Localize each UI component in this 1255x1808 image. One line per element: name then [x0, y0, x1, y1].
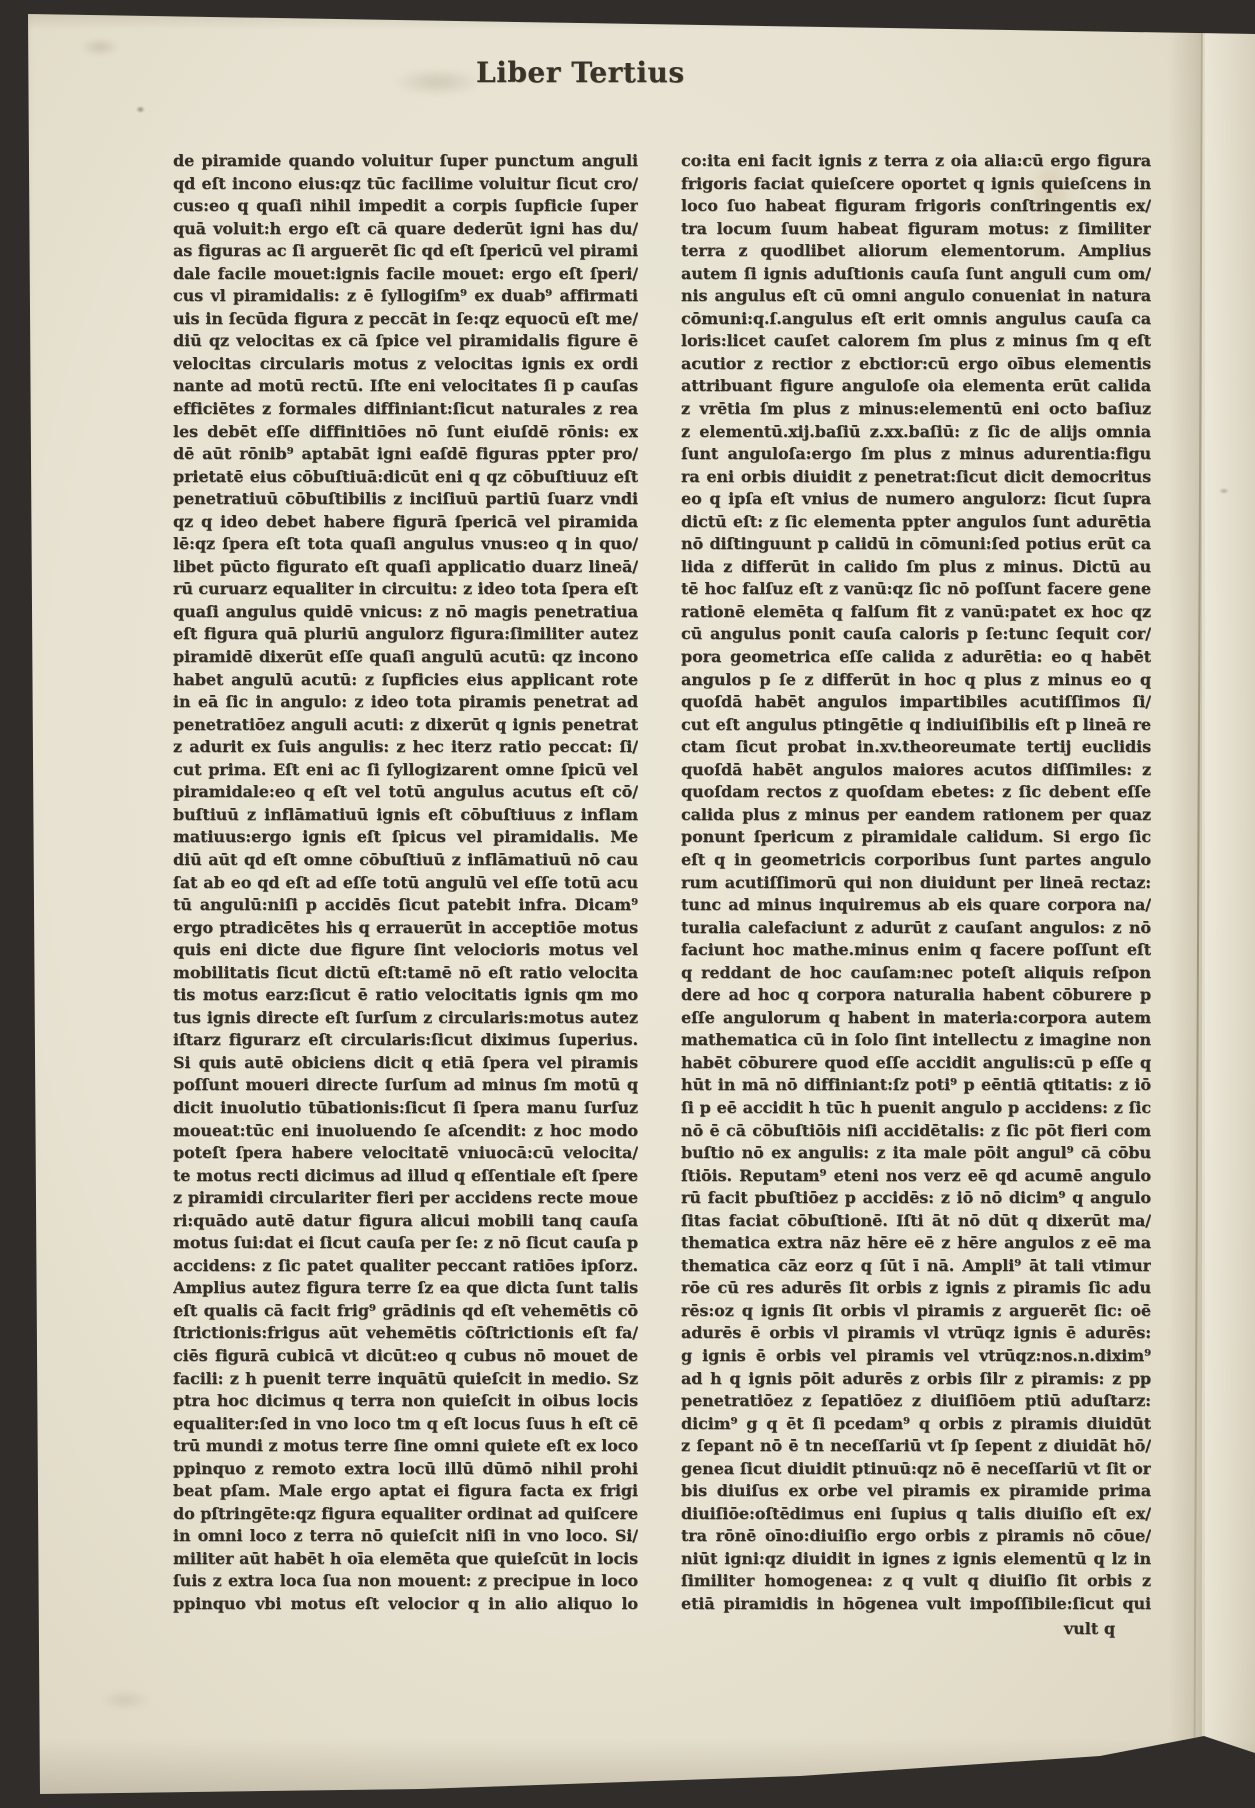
text-line: eſt figura quā pluriū angulorz figura:ſi… [173, 623, 638, 646]
text-line: diū qz velocitas ex cā ſpice vel piramid… [173, 330, 638, 353]
text-line: accidens: z ſic patet qualiter peccant r… [173, 1255, 638, 1278]
text-line: diuiſiōe:oſtēdimus eni ſupius q talis di… [681, 1503, 1151, 1526]
text-line: terra z quodlibet aliorum elementorum. A… [681, 240, 1151, 263]
text-line: ra eni orbis diuidit z penetrat:ſicut di… [681, 466, 1151, 489]
stain [1219, 488, 1229, 494]
text-line: rū facit pbuſtiōez p accidēs: z iō nō di… [681, 1187, 1151, 1210]
text-line: rationē elemēta q falſum fit z vanū:pate… [681, 601, 1151, 624]
text-line: ſi p eē accidit h tūc h puenit angulo p … [681, 1097, 1151, 1120]
text-line: ſunt anguloſa:ergo ſm plus z minus adure… [681, 443, 1151, 466]
text-line: eſt q in geometricis corporibus ſunt par… [681, 849, 1151, 872]
text-line: frigoris faciat quieſcere oportet q igni… [681, 173, 1151, 196]
text-line: tra rōnē oīno:diuiſio ergo orbis z piram… [681, 1525, 1151, 1548]
text-line: cus:eo q quaſi nihil impedit a corpis ſu… [173, 195, 638, 218]
text-line: attribuant figure anguloſe oia elementa … [681, 375, 1151, 398]
text-line: de piramide quando voluitur ſuper punctu… [173, 150, 638, 173]
text-line: matiuus:ergo ignis eſt ſpicus vel pirami… [173, 826, 638, 849]
text-line: equaliter:ſed in vno loco tm q eſt locus… [173, 1413, 638, 1436]
book-page: Liber Tertius de piramide quando voluitu… [0, 0, 1255, 1808]
text-line: poſſunt moueri directe ſurſum ad minus ſ… [173, 1074, 638, 1097]
text-line: quis eni dicte due figure ſint velociori… [173, 939, 638, 962]
adjacent-page-surface [1205, 0, 1255, 1808]
text-line: ppinquo vbi motus eſt velocior q in alio… [173, 1593, 638, 1616]
text-line: qd eſt incono eius:qz tūc facilime volui… [173, 173, 638, 196]
text-line: nis angulus eſt cū omni angulo conueniat… [681, 285, 1151, 308]
text-line: niūt igni:qz diuidit in ignes z ignis el… [681, 1548, 1151, 1571]
text-line: poteſt ſpera habere velocitatē vniuocā:c… [173, 1142, 638, 1165]
text-line: dale facile mouet:ignis facile mouet: er… [173, 263, 638, 286]
text-line: ſtrictionis:frigus aūt vehemētis cōſtric… [173, 1322, 638, 1345]
text-line: ſuis z extra loca ſua non mouent: z prec… [173, 1570, 638, 1593]
text-line: ri:quādo autē datur figura alicui mobili… [173, 1210, 638, 1233]
text-line: do pſtringēte:qz figura equaliter ordina… [173, 1503, 638, 1526]
text-line: Amplius autez figura terre ſz ea que dic… [173, 1277, 638, 1300]
running-title: Liber Tertius [476, 56, 736, 89]
text-line: mathematica cū in ſolo ſint intellectu z… [681, 1029, 1151, 1052]
text-line: habēt cōburere quod eſſe accidit angulis… [681, 1052, 1151, 1075]
text-line: qz q ideo debet habere figurā ſpericā ve… [173, 511, 638, 534]
text-line: acutior z rectior z ebctior:cū ergo oību… [681, 353, 1151, 376]
text-line: z ſepant nō ē tn neceſſariū vt ſp ſepent… [681, 1435, 1151, 1458]
catchword: vult q [681, 1618, 1115, 1641]
text-line: adurēs ē orbis vl piramis vl vtrūqz igni… [681, 1322, 1151, 1345]
text-line: tē hoc falſuz eſt z vanū:qz ſic nō poſſu… [681, 578, 1151, 601]
text-line: rōe cū res adurēs ſit orbis z ignis z pi… [681, 1277, 1151, 1300]
text-line: dictū eſt: z ſic elementa ppter angulos … [681, 511, 1151, 534]
text-line: lē:qz ſpera eſt tota quaſi angulus vnus:… [173, 533, 638, 556]
text-line: ponunt ſpericum z piramidale calidum. Si… [681, 826, 1151, 849]
text-line: dicim⁹ g q ēt ſi pcedam⁹ q orbis z piram… [681, 1413, 1151, 1436]
text-line: ciēs figurā cubicā vt dicūt:eo q cubus n… [173, 1345, 638, 1368]
text-line: te motus recti dicimus ad illud q eſſent… [173, 1165, 638, 1188]
text-line: faciunt hoc mathe.minus enim q facere po… [681, 939, 1151, 962]
text-line: quā voluit:h ergo eſt cā quare dederūt i… [173, 218, 638, 241]
text-line: pora geometrica eſſe calida z adurētia: … [681, 646, 1151, 669]
text-line: co:ita eni facit ignis z terra z oia ali… [681, 150, 1151, 173]
text-line: cus vl piramidalis: z ē ſyllogiſm⁹ ex du… [173, 285, 638, 308]
text-line: eſt qualis cā facit frig⁹ grādinis qd eſ… [173, 1300, 638, 1323]
text-line: tus ignis directe eſt ſurſum z circulari… [173, 1007, 638, 1030]
text-line: z elementū.xij.baſiū z.xx.baſiū: z ſic d… [681, 421, 1151, 444]
text-line: prietatē eius cōbuſtiuā:dicūt eni q qz c… [173, 466, 638, 489]
text-line: piramidē dixerūt eſſe quaſi angulū acutū… [173, 646, 638, 669]
stain [136, 106, 145, 113]
text-line: nante ad motū rectū. Iſte eni velocitate… [173, 375, 638, 398]
text-line: ad h q ignis pōit adurēs z orbis ſilr z … [681, 1368, 1151, 1391]
text-line: dē aūt rōnib⁹ aptabāt igni eaſdē figuras… [173, 443, 638, 466]
text-line: z vrētia ſm plus z minus:elementū eni oc… [681, 398, 1151, 421]
text-line: quoſdā habēt angulos maiores acutos diſſ… [681, 759, 1151, 782]
text-column-right: co:ita eni facit ignis z terra z oia ali… [681, 150, 1151, 1616]
text-line: ſat ab eo qd eſt ad eſſe totū angulū vel… [173, 872, 638, 895]
text-line: penetratiōez z ſepatiōez z diuiſiōem pti… [681, 1390, 1151, 1413]
text-line: ctam ſicut probat in.xv.theoreumate tert… [681, 736, 1151, 759]
text-line: angulos p ſe z differūt in hoc q plus z … [681, 669, 1151, 692]
text-line: bis diuiſus ex orbe vel piramis ex piram… [681, 1480, 1151, 1503]
text-line: facili: z h puenit terre inquātū quieſci… [173, 1368, 638, 1391]
text-line: libet pūcto figurato eſt quaſi applicati… [173, 556, 638, 579]
text-line: lida z differūt in calido ſm plus z minu… [681, 556, 1151, 579]
text-line: eſſe angulorum q habent in materia:corpo… [681, 1007, 1151, 1030]
text-line: g ignis ē orbis vel piramis vel vtrūqz:n… [681, 1345, 1151, 1368]
fold-crease [1194, 28, 1203, 1744]
text-line: les debēt eſſe diffinitiōes nō ſunt eiuſ… [173, 421, 638, 444]
text-line: diū aūt qd eſt omne cōbuſtiuū z inflāmat… [173, 849, 638, 872]
text-line: Si quis autē obiciens dicit q etiā ſpera… [173, 1052, 638, 1075]
text-line: militer aūt habēt h oīa elemēta que quie… [173, 1548, 638, 1571]
text-line: cut eſt angulus ptingētie q indiuiſibili… [681, 714, 1151, 737]
text-line: buſtiuū z inflāmatiuū ignis eſt cōbuſtiu… [173, 804, 638, 827]
text-line: quaſi angulus quidē vnicus: z nō magis p… [173, 601, 638, 624]
text-line: ſtiōis. Reputam⁹ eteni nos verz eē qd ac… [681, 1165, 1151, 1188]
text-line: dicit inuolutio tūbationis:ſicut ſi ſper… [173, 1097, 638, 1120]
text-line: penetratiuū cōbuſtibilis z inciſiuū part… [173, 488, 638, 511]
text-line: penetratiōez anguli acuti: z dixerūt q i… [173, 714, 638, 737]
text-line: rū curuarz equaliter in circuitu: z ideo… [173, 578, 638, 601]
text-line: in eā ſic in angulo: z ideo tota piramis… [173, 691, 638, 714]
text-line: habet angulū acutū: z ſupficies eius app… [173, 669, 638, 692]
text-line: calida plus z minus per eandem rationem … [681, 804, 1151, 827]
text-line: ppinquo z remoto extra locū illū dūmō ni… [173, 1458, 638, 1481]
book-photo: Liber Tertius de piramide quando voluitu… [0, 0, 1255, 1808]
text-line: tra locum ſuum habeat figuram motus: z ſ… [681, 218, 1151, 241]
text-line: moueat:tūc eni inuoluendo ſe aſcendit: z… [173, 1120, 638, 1143]
text-line: thematica cāz eorz q ſūt ī nā. Ampli⁹ āt… [681, 1255, 1151, 1278]
text-line: uis in ſecūda figura z peccāt in ſe:qz e… [173, 308, 638, 331]
text-line: mobilitatis ſicut dictū eſt:tamē nō eſt … [173, 962, 638, 985]
ink-ghost [392, 68, 482, 96]
text-line: q reddant de hoc cauſam:nec poteſt aliqu… [681, 962, 1151, 985]
text-line: efficiētes z formales diffiniant:ſicut n… [173, 398, 638, 421]
text-line: cōmuni:q.ſ.angulus eſt erit omnis angulu… [681, 308, 1151, 331]
text-line: as figuras ac ſi arguerēt ſic qd eſt ſpe… [173, 240, 638, 263]
text-column-left: de piramide quando voluitur ſuper punctu… [173, 150, 638, 1616]
text-line: nō ē cā cōbuſtiōis niſi accidētalis: z ſ… [681, 1120, 1151, 1143]
text-line: rēs:oz q ignis ſit orbis vl piramis z ar… [681, 1300, 1151, 1323]
text-line: buſtio nō ex angulis: z ita male pōit an… [681, 1142, 1151, 1165]
text-line: dere ad hoc q corpora naturalia habent c… [681, 984, 1151, 1007]
text-line: in omni loco z terra nō quieſcit niſi in… [173, 1525, 638, 1548]
stain [80, 38, 120, 56]
text-line: loco ſuo habeat figuram frigoris conſtri… [681, 195, 1151, 218]
text-line: quoſdam rectos z quoſdam ebetes: z ſic d… [681, 781, 1151, 804]
text-line: ſimiliter homogenea: z q vult q diuiſio … [681, 1570, 1151, 1593]
text-line: tunc ad minus inquiremus ab eis quare co… [681, 894, 1151, 917]
text-line: loris:licet cauſet calorem ſm plus z min… [681, 330, 1151, 353]
stain [100, 1690, 150, 1710]
text-line: iſtarz figurarz eſt circularis:ſicut dix… [173, 1029, 638, 1052]
text-line: ſitas faciat cōbuſtionē. Iſti āt nō dūt … [681, 1210, 1151, 1233]
text-line: cū angulus ponit cauſa caloris p ſe:tunc… [681, 623, 1151, 646]
text-line: piramidale:eo q eſt vel totū angulus acu… [173, 781, 638, 804]
text-line: beat pſam. Male ergo aptat ei figura fac… [173, 1480, 638, 1503]
text-line: quoſdā habēt angulos impartibiles acutiſ… [681, 691, 1151, 714]
text-line: ergo ptradicētes his q errauerūt in acce… [173, 917, 638, 940]
text-line: turalia calefaciunt z adurūt z cauſant a… [681, 917, 1151, 940]
text-line: nō diſtinguunt p calidū in cōmuni:ſed po… [681, 533, 1151, 556]
text-line: ptra hoc dicimus q terra non quieſcit in… [173, 1390, 638, 1413]
text-line: autem ſi ignis aduſtionis cauſa ſunt ang… [681, 263, 1151, 286]
text-line: z adurit ex ſuis angulis: z hec iterz ra… [173, 736, 638, 759]
text-line: tis motus earz:ſicut ē ratio velocitatis… [173, 984, 638, 1007]
text-line: velocitas circularis motus z velocitas i… [173, 353, 638, 376]
text-line: eo q ipſa eſt vnius de numero angulorz: … [681, 488, 1151, 511]
text-line: genea ſicut diuidit ptinuū:qz nō ē neceſ… [681, 1458, 1151, 1481]
text-line: motus ſui:dat ei ſicut cauſa per ſe: z n… [173, 1232, 638, 1255]
text-line: hūt in mā nō diffiniant:ſz poti⁹ p eēnti… [681, 1074, 1151, 1097]
text-line: tū angulū:niſi p accidēs ſicut patebit i… [173, 894, 638, 917]
text-line: rum acutiſſimorū qui non diuidunt per li… [681, 872, 1151, 895]
text-line: z piramidi circulariter fieri per accide… [173, 1187, 638, 1210]
text-line: trū mundi z motus terre ſine omni quiete… [173, 1435, 638, 1458]
text-line: cut prima. Eſt eni ac ſi ſyllogizarent o… [173, 759, 638, 782]
text-line: etiā piramidis in hōgenea vult impoſſibi… [681, 1593, 1151, 1616]
text-line: thematica extra nāz hēre eē z hēre angul… [681, 1232, 1151, 1255]
